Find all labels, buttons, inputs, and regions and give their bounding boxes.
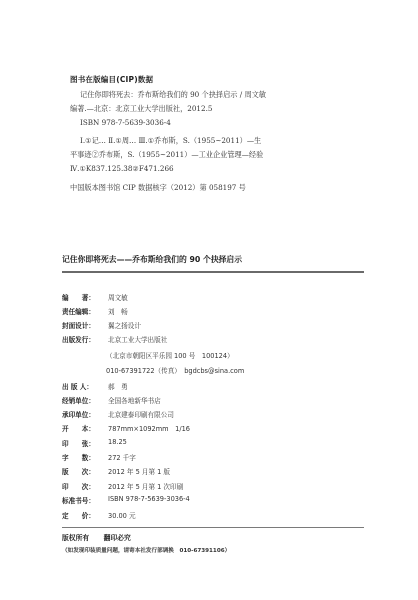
detail-row: 开 本： 787mm×1092mm 1/16 bbox=[62, 423, 190, 433]
publisher-address: （北京市朝阳区平乐园 100 号 100124） bbox=[106, 350, 234, 360]
detail-value: 272 千字 bbox=[108, 452, 136, 462]
detail-label: 开 本： bbox=[62, 423, 108, 433]
detail-value: 18.25 bbox=[108, 438, 127, 448]
detail-label: 版 次： bbox=[62, 466, 108, 476]
detail-label: 经销单位： bbox=[62, 395, 108, 405]
detail-value: 周文敏 bbox=[108, 292, 128, 302]
detail-value: 北京工业大学出版社 bbox=[108, 334, 167, 344]
detail-label: 出 版 人： bbox=[62, 381, 108, 391]
copyright-page: 图书在版编目(CIP)数据 记住你即将死去：乔布斯给我们的 90 个抉择启示 /… bbox=[0, 0, 418, 600]
rights-reserved: 版权所有 bbox=[62, 534, 89, 542]
detail-label: 出版发行： bbox=[62, 334, 108, 344]
cip-isbn: ISBN 978-7-5639-3036-4 bbox=[80, 118, 171, 127]
footer-divider bbox=[62, 527, 364, 528]
detail-value: 翼之扬设计 bbox=[108, 320, 141, 330]
detail-row: 承印单位： 北京建泰印刷有限公司 bbox=[62, 409, 174, 419]
detail-row: 经销单位： 全国各地新华书店 bbox=[62, 395, 161, 405]
piracy-notice: 翻印必究 bbox=[104, 534, 131, 542]
detail-value: 全国各地新华书店 bbox=[108, 395, 161, 405]
detail-label: 封面设计： bbox=[62, 320, 108, 330]
detail-row: 责任编辑： 刘 畅 bbox=[62, 306, 128, 316]
detail-label: 印 张： bbox=[62, 438, 108, 448]
cip-line-4: Ⅰ.①记… Ⅱ.①周… Ⅲ.①乔布斯，S.（1955~2011）—生 bbox=[80, 136, 261, 146]
detail-value: ISBN 978-7-5639-3036-4 bbox=[108, 495, 190, 505]
detail-value: 30.00 元 bbox=[108, 510, 136, 520]
detail-value: 郝 勇 bbox=[108, 381, 128, 391]
detail-row: 出 版 人： 郝 勇 bbox=[62, 381, 128, 391]
detail-label: 标准书号： bbox=[62, 495, 108, 505]
detail-value: 刘 畅 bbox=[108, 306, 128, 316]
title-divider bbox=[62, 271, 364, 273]
cip-heading: 图书在版编目(CIP)数据 bbox=[70, 74, 153, 85]
detail-row: 封面设计： 翼之扬设计 bbox=[62, 320, 141, 330]
detail-row: 印 次： 2012 年 5 月第 1 次印刷 bbox=[62, 481, 183, 491]
detail-row: 编 著： 周文敏 bbox=[62, 292, 128, 302]
detail-row: 版 次： 2012 年 5 月第 1 版 bbox=[62, 466, 170, 476]
detail-row: 定 价： 30.00 元 bbox=[62, 510, 136, 520]
cip-line-5: 平事迹②乔布斯，S.（1955~2011）—工业企业管理—经验 bbox=[70, 150, 263, 160]
detail-row: 出版发行： 北京工业大学出版社 bbox=[62, 334, 167, 344]
cip-line-2: 编著.—北京：北京工业大学出版社，2012.5 bbox=[70, 104, 212, 114]
detail-row: 标准书号： ISBN 978-7-5639-3036-4 bbox=[62, 495, 190, 505]
book-title: 记住你即将死去——乔布斯给我们的 90 个抉择启示 bbox=[62, 254, 242, 265]
detail-value: 787mm×1092mm 1/16 bbox=[108, 423, 190, 433]
detail-label: 编 著： bbox=[62, 292, 108, 302]
rights-statement: 版权所有 翻印必究 bbox=[62, 532, 131, 542]
detail-value: 2012 年 5 月第 1 次印刷 bbox=[108, 481, 183, 491]
cip-data-number: 中国版本图书馆 CIP 数据核字（2012）第 058197 号 bbox=[70, 183, 246, 193]
detail-label: 责任编辑： bbox=[62, 306, 108, 316]
detail-label: 定 价： bbox=[62, 510, 108, 520]
detail-label: 印 次： bbox=[62, 481, 108, 491]
detail-row: 字 数： 272 千字 bbox=[62, 452, 136, 462]
cip-line-1: 记住你即将死去：乔布斯给我们的 90 个抉择启示 / 周文敏 bbox=[80, 90, 266, 100]
detail-label: 承印单位： bbox=[62, 409, 108, 419]
detail-label: 字 数： bbox=[62, 452, 108, 462]
publisher-contact: 010-67391722（传真） bgdcbs@sina.com bbox=[106, 365, 244, 375]
detail-value: 北京建泰印刷有限公司 bbox=[108, 409, 174, 419]
cip-line-6: Ⅳ.①K837.125.38②F471.266 bbox=[70, 164, 174, 173]
quality-notice: （如发现印装质量问题，请寄本社发行部调换 010-67391106） bbox=[62, 546, 230, 554]
detail-value: 2012 年 5 月第 1 版 bbox=[108, 466, 170, 476]
detail-row: 印 张： 18.25 bbox=[62, 438, 127, 448]
